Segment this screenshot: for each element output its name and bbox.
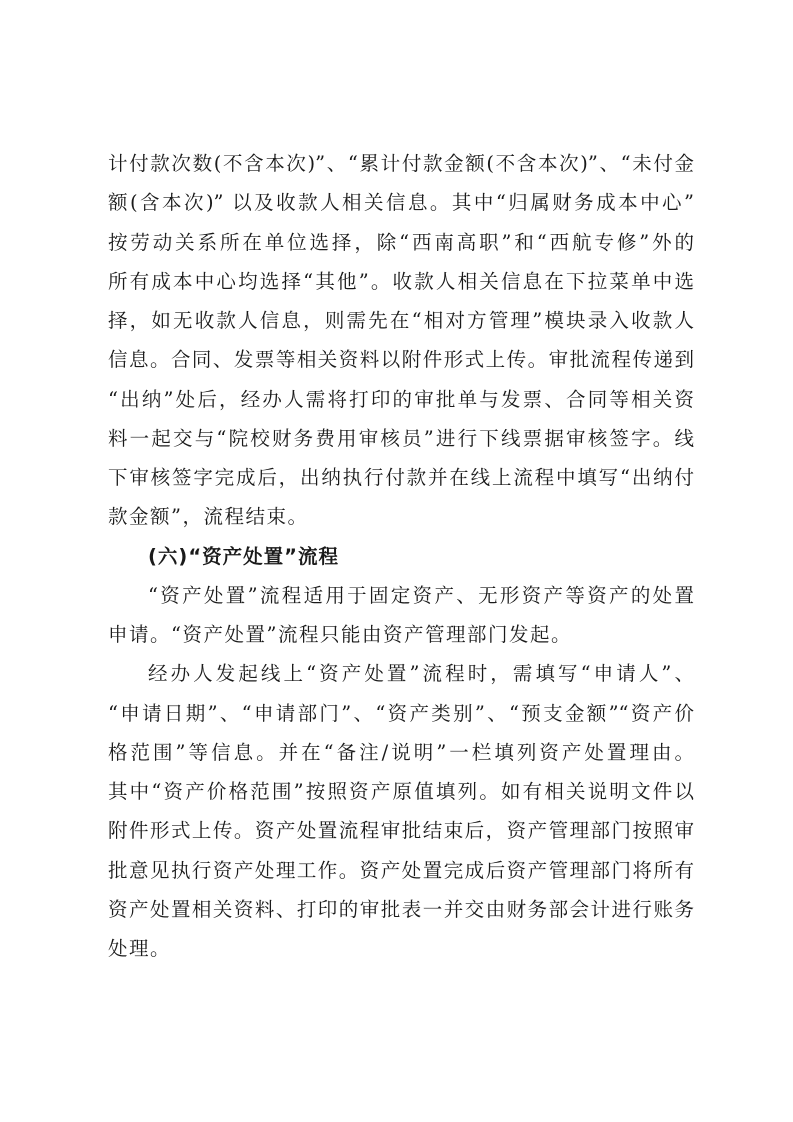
section-heading-asset-disposal: (六)“资产处置”流程 [108, 537, 694, 576]
text-line: “出纳”处后，经办人需将打印的审批单与发票、合同等相关资 [108, 380, 694, 419]
text-line: 所有成本中心均选择“其他”。收款人相关信息在下拉菜单中选 [108, 262, 694, 301]
document-page: 计付款次数(不含本次)”、“累计付款金额(不含本次)”、“未付金 额(含本次)”… [108, 144, 694, 968]
text-line: 计付款次数(不含本次)”、“累计付款金额(不含本次)”、“未付金 [108, 144, 694, 183]
text-line: 料一起交与“院校财务费用审核员”进行下线票据审核签字。线 [108, 419, 694, 458]
paragraph-payment-continuation: 计付款次数(不含本次)”、“累计付款金额(不含本次)”、“未付金 额(含本次)”… [108, 144, 694, 537]
text-line: 按劳动关系所在单位选择，除“西南高职”和“西航专修”外的 [108, 223, 694, 262]
paragraph-asset-disposal-procedure: 经办人发起线上“资产处置”流程时，需填写“申请人”、 “申请日期”、“申请部门”… [108, 654, 694, 968]
text-line: 批意见执行资产处理工作。资产处置完成后资产管理部门将所有 [108, 851, 694, 890]
text-line: 信息。合同、发票等相关资料以附件形式上传。审批流程传递到 [108, 340, 694, 379]
text-line: “资产处置”流程适用于固定资产、无形资产等资产的处置 [108, 576, 694, 615]
text-line: 下审核签字完成后，出纳执行付款并在线上流程中填写“出纳付 [108, 458, 694, 497]
text-line: 申请。“资产处置”流程只能由资产管理部门发起。 [108, 615, 694, 654]
text-line: 择，如无收款人信息，则需先在“相对方管理”模块录入收款人 [108, 301, 694, 340]
text-line: 附件形式上传。资产处置流程审批结束后，资产管理部门按照审 [108, 811, 694, 850]
text-line: 款金额”，流程结束。 [108, 497, 694, 536]
text-line: 额(含本次)” 以及收款人相关信息。其中“归属财务成本中心” [108, 183, 694, 222]
paragraph-asset-disposal-scope: “资产处置”流程适用于固定资产、无形资产等资产的处置 申请。“资产处置”流程只能… [108, 576, 694, 655]
text-line: 处理。 [108, 929, 694, 968]
text-line: 资产处置相关资料、打印的审批表一并交由财务部会计进行账务 [108, 890, 694, 929]
text-line: 格范围”等信息。并在“备注/说明”一栏填列资产处置理由。 [108, 733, 694, 772]
text-line: “申请日期”、“申请部门”、“资产类别”、“预支金额”“资产价 [108, 694, 694, 733]
text-line: 其中“资产价格范围”按照资产原值填列。如有相关说明文件以 [108, 772, 694, 811]
text-line: 经办人发起线上“资产处置”流程时，需填写“申请人”、 [108, 654, 694, 693]
